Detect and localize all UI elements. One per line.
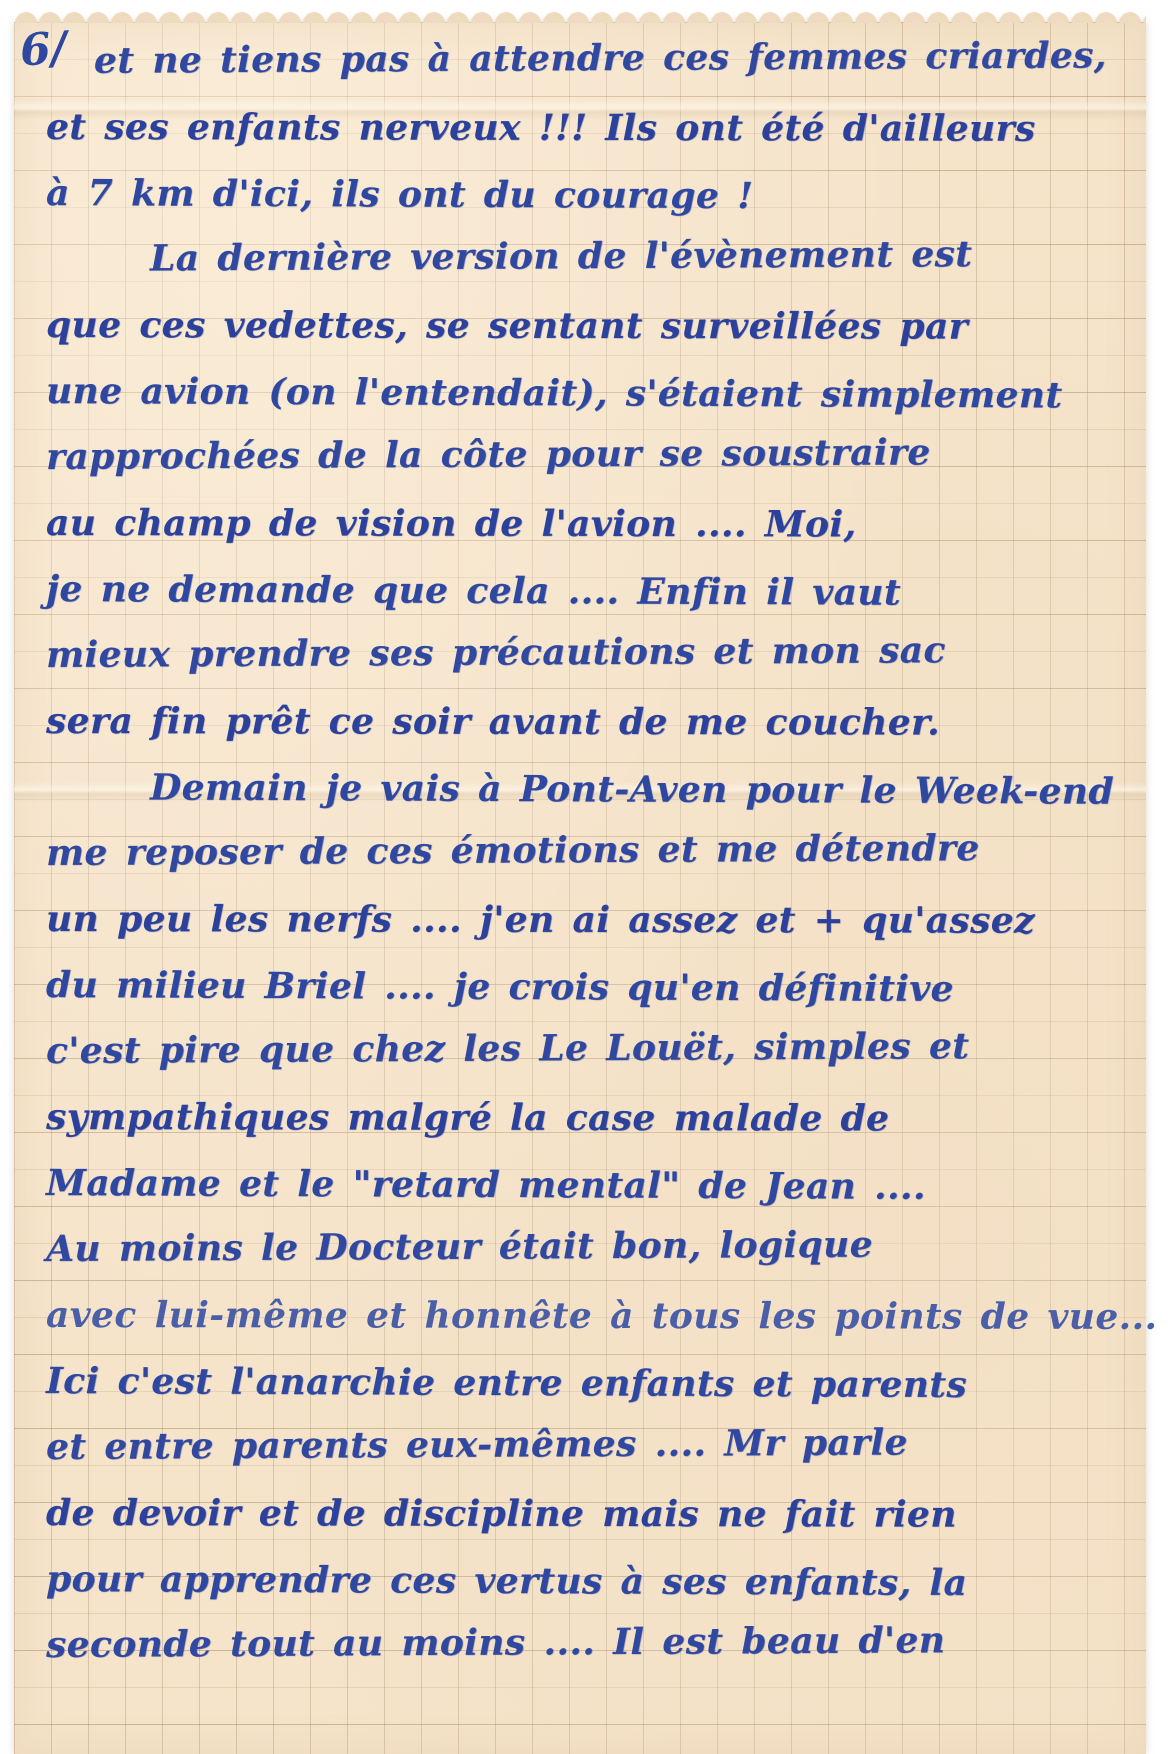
handwritten-line: avec lui-même et honnête à tous les poin… <box>46 1282 1146 1350</box>
handwritten-line: mieux prendre ses précautions et mon sac <box>46 616 1146 688</box>
handwritten-line: La dernière version de l'évènement est <box>46 220 1146 292</box>
letter-page: 6/ et ne tiens pas à attendre ces femmes… <box>14 22 1146 1754</box>
handwritten-line: me reposer de ces émotions et me détendr… <box>46 814 1146 886</box>
handwritten-line: et ses enfants nerveux !!! Ils ont été d… <box>46 94 1146 162</box>
handwritten-line: que ces vedettes, se sentant surveillées… <box>46 292 1146 360</box>
handwritten-line: c'est pire que chez les Le Louët, simple… <box>46 1012 1146 1084</box>
torn-paper-edge <box>14 9 1146 23</box>
handwritten-line: et entre parents eux-mêmes .... Mr parle <box>46 1408 1146 1480</box>
handwritten-line: sympathiques malgré la case malade de <box>46 1084 1146 1152</box>
handwritten-line: de devoir et de discipline mais ne fait … <box>46 1480 1146 1548</box>
handwritten-line: seconde tout au moins .... Il est beau d… <box>46 1606 1146 1678</box>
scanned-letter: 6/ et ne tiens pas à attendre ces femmes… <box>0 0 1168 1754</box>
handwritten-line: au champ de vision de l'avion .... Moi, <box>46 490 1146 558</box>
handwritten-line: Au moins le Docteur était bon, logique <box>46 1210 1146 1282</box>
handwriting-block: et ne tiens pas à attendre ces femmes cr… <box>14 22 1146 1678</box>
handwritten-line: et ne tiens pas à attendre ces femmes cr… <box>46 22 1146 94</box>
handwritten-line: sera fin prêt ce soir avant de me couche… <box>46 688 1146 756</box>
handwritten-line: rapprochées de la côte pour se soustrair… <box>46 418 1146 490</box>
handwritten-line: un peu les nerfs .... j'en ai assez et +… <box>46 886 1146 954</box>
